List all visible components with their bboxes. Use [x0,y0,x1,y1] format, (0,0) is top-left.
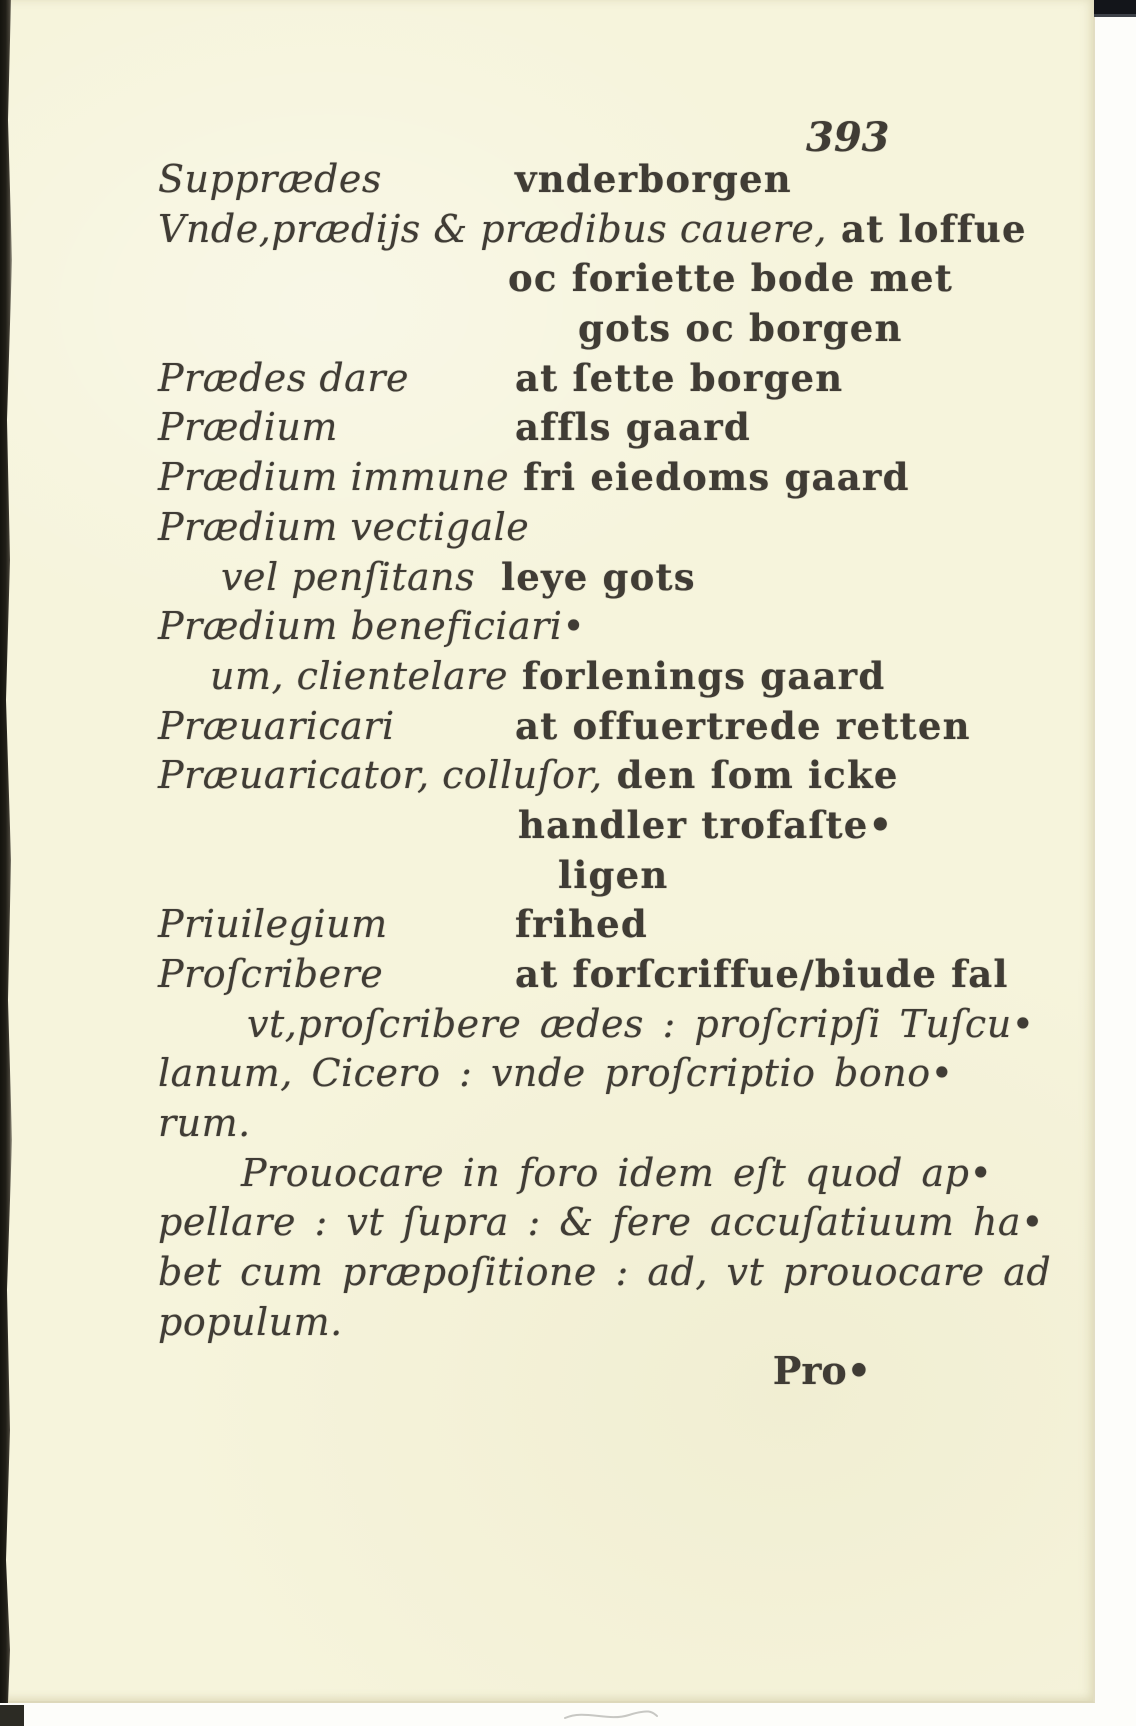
latin-note: vt,proſcribere ædes : proſcripſi Tuſcu• [247,1002,1035,1046]
entry-line: Prædium beneficiari• [158,602,938,652]
danish-gloss: gots oc borgen [578,306,903,350]
latin-lemma: Prædes dare [158,354,501,404]
danish-gloss: oc foriette bode met [508,256,953,300]
page-number: 393 [806,114,890,161]
entry-line: Prædium immunefri eiedoms gaard [158,453,938,503]
entry-line: Supprædesvnderborgen [158,155,938,205]
scanner-dust-artifact [563,1705,659,1725]
entry-line: Prædiumaffls gaard [158,403,938,453]
danish-gloss: affls gaard [515,405,751,449]
danish-gloss: vnderborgen [515,157,792,201]
entry-line: Præuaricariat offuertrede retten [158,702,938,752]
latin-lemma: Vnde,prædijs & prædibus cauere, [158,207,827,251]
latin-note: populum. [158,1300,343,1344]
entry-line: Prædes dareat ſette borgen [158,354,938,404]
latin-lemma: Supprædes [158,155,501,205]
danish-gloss: at loffue [841,207,1027,251]
latin-lemma: Prædium [158,403,501,453]
entry-line: oc foriette bode met [158,254,938,304]
danish-gloss: at ſette borgen [515,356,843,400]
danish-gloss: ligen [558,853,668,897]
entry-line: handler trofaſte• [158,801,938,851]
entry-line: Prædium vectigale [158,503,938,553]
danish-gloss: frihed [515,902,648,946]
latin-lemma: Prædium beneficiari• [158,604,585,648]
note-line: vt,proſcribere ædes : proſcripſi Tuſcu• [158,1000,938,1050]
entry-line: Præuaricator, colluſor,den ſom icke [158,751,938,801]
danish-gloss: handler trofaſte• [518,803,893,847]
note-line: bet cum præpoſitione : ad, vt prouocare … [158,1248,938,1298]
latin-note: Prouocare in foro idem eſt quod ap• [241,1151,992,1195]
latin-lemma: Proſcribere [158,950,501,1000]
danish-gloss: forlenings gaard [522,654,886,698]
entry-line: vel penſitansleye gots [158,553,938,603]
danish-gloss: leye gots [501,555,696,599]
entry-line: ligen [158,851,938,901]
note-line: lanum, Cicero : vnde proſcriptio bono• [158,1049,938,1099]
latin-note: lanum, Cicero : vnde proſcriptio bono• [158,1051,954,1095]
latin-note: rum. [158,1101,251,1145]
latin-lemma: Priuilegium [158,900,501,950]
scan-corner-artifact [1094,0,1136,17]
latin-lemma: Præuaricator, colluſor, [158,751,603,801]
latin-lemma: um, clientelare [210,652,508,702]
latin-lemma: Prædium vectigale [158,505,529,549]
book-page-scan: 393 Supprædesvnderborgen Vnde,prædijs & … [0,0,1136,1726]
latin-lemma: Præuaricari [158,702,501,752]
latin-note: pellare : vt ſupra : & fere accuſatiuum … [158,1200,1044,1244]
danish-gloss: den ſom icke [617,753,899,797]
entry-line: gots oc borgen [158,304,938,354]
entry-line: Proſcribereat forſcriffue/biude fal [158,950,938,1000]
scan-corner-artifact [0,1705,24,1726]
entry-line: Priuilegiumfrihed [158,900,938,950]
note-line: populum. [158,1298,938,1348]
entry-line: Vnde,prædijs & prædibus cauere,at loffue [158,205,938,255]
latin-lemma: Prædium immune [158,453,509,503]
catchword: Pro• [773,1346,871,1396]
latin-note: bet cum præpoſitione : ad, vt prouocare … [158,1250,1051,1294]
entry-line: um, clientelareforlenings gaard [158,652,938,702]
danish-gloss: at offuertrede retten [515,704,971,748]
danish-gloss: at forſcriffue/biude fal [515,952,1009,996]
note-line: rum. [158,1099,938,1149]
note-line: Prouocare in foro idem eſt quod ap• [158,1149,938,1199]
latin-lemma: vel penſitans [221,553,487,603]
dictionary-column: Supprædesvnderborgen Vnde,prædijs & præd… [158,155,938,1348]
danish-gloss: fri eiedoms gaard [523,455,909,499]
note-line: pellare : vt ſupra : & fere accuſatiuum … [158,1198,938,1248]
